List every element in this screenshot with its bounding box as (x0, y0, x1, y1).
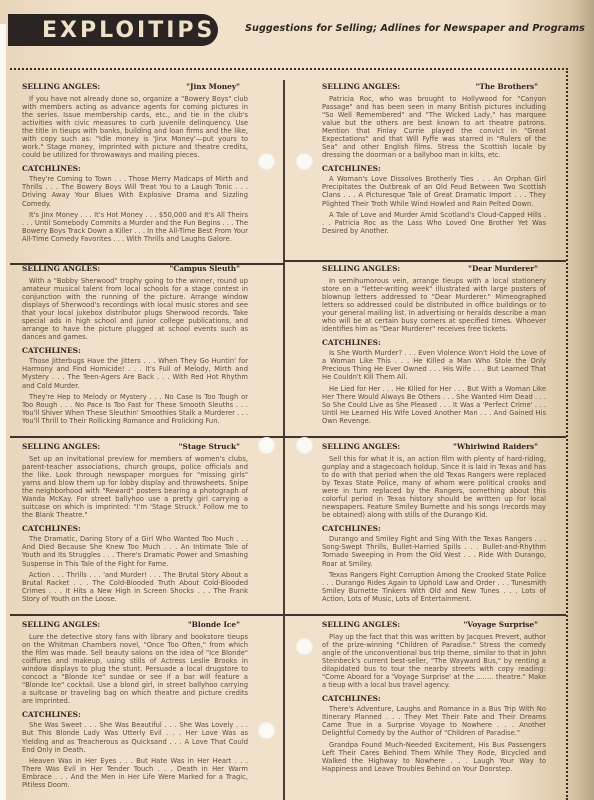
movie-title: "Dear Murderer" (468, 264, 538, 273)
page-header: EXPLOITIPS Suggestions for Selling; Adli… (8, 12, 594, 48)
punch-hole (258, 722, 275, 739)
movie-title: "Voyage Surprise" (463, 620, 538, 629)
movie-title: "Jinx Money" (186, 82, 240, 91)
entry-blonde-ice: SELLING ANGLES:"Blonde Ice" Lure the det… (22, 620, 248, 792)
punch-hole (296, 437, 313, 454)
entry-campus-sleuth: SELLING ANGLES:"Campus Sleuth" With a "B… (22, 264, 248, 428)
column-divider (283, 80, 285, 800)
selling-angles-label: SELLING ANGLES: (22, 442, 100, 451)
catchline: He Lied for Her . . . He Killed for Her … (322, 385, 546, 425)
catchline: They're Hep to Melody or Mystery . . . N… (22, 393, 248, 425)
catchlines-label: CATCHLINES: (322, 694, 546, 703)
movie-title: "Campus Sleuth" (170, 264, 240, 273)
selling-text: In semihumorous vein, arrange tieups wit… (322, 277, 546, 333)
catchline: Heaven Was in Her Eyes . . . But Hate Wa… (22, 757, 248, 789)
catchline: She Was Sweet . . . She Was Beautiful . … (22, 721, 248, 753)
page-edge-strip (0, 24, 6, 800)
catchlines-label: CATCHLINES: (22, 710, 248, 719)
page-title: EXPLOITIPS (42, 18, 215, 43)
entry-the-brothers: SELLING ANGLES:"The Brothers" Patricia R… (322, 82, 546, 238)
row-divider (285, 436, 566, 438)
catchlines-label: CATCHLINES: (322, 164, 546, 173)
punch-hole (296, 638, 313, 655)
selling-text: Set up an invitational preview for membe… (22, 455, 248, 519)
catchlines-label: CATCHLINES: (322, 338, 546, 347)
punch-hole (258, 437, 275, 454)
selling-angles-label: SELLING ANGLES: (322, 82, 400, 91)
punch-hole (296, 153, 313, 170)
title-banner: EXPLOITIPS (8, 14, 218, 46)
entry-jinx-money: SELLING ANGLES:"Jinx Money" If you have … (22, 82, 248, 246)
selling-angles-label: SELLING ANGLES: (22, 264, 100, 273)
selling-text: Lure the detective story fans with libra… (22, 633, 248, 705)
row-divider (10, 436, 284, 438)
selling-text: With a "Bobby Sherwood" trophy going to … (22, 277, 248, 341)
magazine-page: EXPLOITIPS Suggestions for Selling; Adli… (0, 0, 594, 800)
catchline: Texas Rangers Fight Corruption Among the… (322, 571, 546, 603)
catchline: Action . . . Thrills . . . 'and Murder! … (22, 571, 248, 603)
movie-title: "Blonde Ice" (188, 620, 240, 629)
catchlines-label: CATCHLINES: (322, 524, 546, 533)
selling-text: Play up the fact that this was written b… (322, 633, 546, 689)
selling-text: If you have not already done so, organiz… (22, 95, 248, 159)
entry-dear-murderer: SELLING ANGLES:"Dear Murderer" In semihu… (322, 264, 546, 428)
catchline: Durango and Smiley Fight and Sing With t… (322, 535, 546, 567)
catchline: There's Adventure, Laughs and Romance in… (322, 705, 546, 737)
entry-stage-struck: SELLING ANGLES:"Stage Struck" Set up an … (22, 442, 248, 606)
dotted-border-right (566, 68, 568, 800)
catchline: Those Jitterbugs Have the Jitters . . . … (22, 357, 248, 389)
selling-angles-label: SELLING ANGLES: (322, 620, 400, 629)
selling-text: Sell this for what it is, an action film… (322, 455, 546, 519)
movie-title: "The Brothers" (476, 82, 538, 91)
page-subtitle: Suggestions for Selling; Adlines for New… (245, 23, 585, 34)
row-divider (10, 614, 284, 616)
catchlines-label: CATCHLINES: (22, 346, 248, 355)
selling-angles-label: SELLING ANGLES: (22, 82, 100, 91)
row-divider (285, 614, 566, 616)
selling-angles-label: SELLING ANGLES: (322, 264, 400, 273)
catchline: Grandpa Found Much-Needed Excitement, Hi… (322, 741, 546, 773)
catchline: They're Coming to Town . . . Those Merry… (22, 175, 248, 207)
dotted-border-top (10, 68, 568, 70)
catchline: Is She Worth Murder? . . . Even Violence… (322, 349, 546, 381)
catchlines-label: CATCHLINES: (22, 164, 248, 173)
row-divider (285, 260, 566, 262)
movie-title: "Whirlwind Raiders" (453, 442, 538, 451)
catchline: A Woman's Love Dissolves Brotherly Ties … (322, 175, 546, 207)
catchline: A Tale of Love and Murder Amid Scotland'… (322, 211, 546, 235)
selling-angles-label: SELLING ANGLES: (322, 442, 400, 451)
punch-hole (258, 153, 275, 170)
entry-whirlwind-raiders: SELLING ANGLES:"Whirlwind Raiders" Sell … (322, 442, 546, 606)
selling-text: Patricia Roc, who was brought to Hollywo… (322, 95, 546, 159)
selling-angles-label: SELLING ANGLES: (22, 620, 100, 629)
catchline: It's Jinx Money . . . It's Hot Money . .… (22, 211, 248, 243)
entry-voyage-surprise: SELLING ANGLES:"Voyage Surprise" Play up… (322, 620, 546, 776)
catchline: The Dramatic, Daring Story of a Girl Who… (22, 535, 248, 567)
catchlines-label: CATCHLINES: (22, 524, 248, 533)
movie-title: "Stage Struck" (179, 442, 240, 451)
